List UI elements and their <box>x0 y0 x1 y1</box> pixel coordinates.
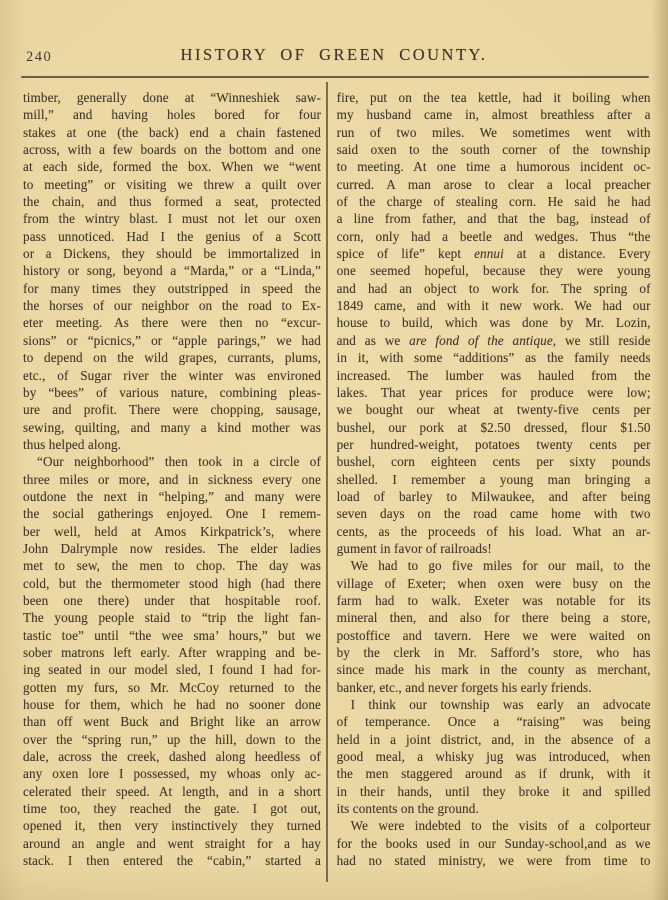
text-line: good meal, a whisky jug was introduced, … <box>337 748 651 765</box>
text-line: and as we are fond of the antique, we st… <box>337 332 651 349</box>
text-line: to meeting. At one time a humorous incid… <box>337 158 651 175</box>
text-line: John Dalrymple now resides. The elder la… <box>23 540 321 557</box>
running-title: HISTORY OF GREEN COUNTY. <box>0 45 668 65</box>
text-columns: timber, generally done at “Winneshiek sa… <box>23 89 651 882</box>
text-line: than off went Buck and Bright like an ar… <box>23 713 321 730</box>
text-line: ing seated in our model sled, I found I … <box>23 661 321 678</box>
text-line: of the charge of stealing corn. He said … <box>337 193 651 210</box>
text-line: corn, only had a beetle and wedges. Thus… <box>337 228 651 245</box>
text-line: timber, generally done at “Winneshiek sa… <box>23 89 321 106</box>
text-line: pass unnoticed. Had I the genius of a Sc… <box>23 228 321 245</box>
text-line: to depend on the wild grapes, currants, … <box>23 349 321 366</box>
right-column: fire, put on the tea kettle, had it boil… <box>337 89 651 869</box>
text-line: house to build, which was done by Mr. Lo… <box>337 314 651 331</box>
text-line: cold, but the thermometer stood high (ha… <box>23 575 321 592</box>
text-line: I think our township was early an advoca… <box>337 696 651 713</box>
text-line: had no stated ministry, we were from tim… <box>337 852 651 869</box>
text-line: We were indebted to the visits of a colp… <box>337 817 651 834</box>
text-line: load of barley to Milwaukee, and after b… <box>337 488 651 505</box>
text-line: by the clerk in Mr. Safford’s store, who… <box>337 644 651 661</box>
text-line: over the “spring run,” up the hill, down… <box>23 731 321 748</box>
text-line: bushel, our pork at $2.50 dressed, flour… <box>337 419 651 436</box>
text-line: my husband came in, almost breathless af… <box>337 106 651 123</box>
text-line: or a Dickens, they should be immortalize… <box>23 245 321 262</box>
text-line: “Our neighborhood” then took in a circle… <box>23 453 321 470</box>
text-line: thus helped along. <box>23 436 321 453</box>
text-line: stakes at one (the back) end a chain fas… <box>23 124 321 141</box>
text-line: gotten my furs, so Mr. McCoy returned to… <box>23 679 321 696</box>
text-line: around an angle and went straight for a … <box>23 835 321 852</box>
text-line: the social gatherings enjoyed. One I rem… <box>23 505 321 522</box>
text-line: 1849 came, and with it new work. We had … <box>337 297 651 314</box>
text-line: spice of life” kept ennui at a distance.… <box>337 245 651 262</box>
left-column: timber, generally done at “Winneshiek sa… <box>23 89 321 869</box>
text-line: to meeting” or visiting we threw a quilt… <box>23 176 321 193</box>
text-line: any oxen lore I possessed, my whoas only… <box>23 765 321 782</box>
text-line: since made his mark in the county as mer… <box>337 661 651 678</box>
text-line: been one there) under that hospitable ro… <box>23 592 321 609</box>
text-line: the horses of our neighbor on the road t… <box>23 297 321 314</box>
text-line: from the wintry blast. I must not let ou… <box>23 210 321 227</box>
text-line: seven days on the road came home with tw… <box>337 505 651 522</box>
text-line: house for them, which he had no sooner d… <box>23 696 321 713</box>
text-line: celerated their speed. At length, and in… <box>23 783 321 800</box>
text-line: We had to go five miles for our mail, to… <box>337 557 651 574</box>
column-divider <box>326 82 328 882</box>
text-line: cents, as the proceeds of his load. What… <box>337 523 651 540</box>
text-line: and had an object to work for. The sprin… <box>337 280 651 297</box>
text-line: outdone the next in “helping,” and many … <box>23 488 321 505</box>
text-line: bushel, corn eighteen cents per sixty po… <box>337 453 651 470</box>
text-line: sewing, quilting, and many a kind mother… <box>23 419 321 436</box>
text-line: fire, put on the tea kettle, had it boil… <box>337 89 651 106</box>
text-line: opened it, then very instinctively they … <box>23 817 321 834</box>
text-line: village of Exeter; when oxen were busy o… <box>337 575 651 592</box>
text-line: gument in favor of railroads! <box>337 540 651 557</box>
text-line: postoffice and tavern. Here we were wait… <box>337 627 651 644</box>
text-line: lakes. That year prices for produce were… <box>337 384 651 401</box>
text-line: met to sew, the men to chop. The day was <box>23 557 321 574</box>
text-line: in it, with some “additions” as the fami… <box>337 349 651 366</box>
text-line: ber well, held at Amos Kirkpatrick’s, wh… <box>23 523 321 540</box>
text-line: across, with a few boards on the bottom … <box>23 141 321 158</box>
text-line: held in a joint district, and, in the ab… <box>337 731 651 748</box>
text-line: banker, etc., and never forgets his earl… <box>337 679 651 696</box>
text-line: a line from father, and that the bag, in… <box>337 210 651 227</box>
text-line: at each side, formed the box. When we “w… <box>23 158 321 175</box>
text-line: we bought our wheat at twenty-five cents… <box>337 401 651 418</box>
text-line: farm had to walk. Exeter was notable for… <box>337 592 651 609</box>
text-line: sober matrons left early. After wrapping… <box>23 644 321 661</box>
text-line: mineral then, and also for there being a… <box>337 609 651 626</box>
text-line: increased. The lumber was hauled from th… <box>337 367 651 384</box>
text-line: eter meeting. As there were then no “exc… <box>23 314 321 331</box>
text-line: for many times they outstripped in speed… <box>23 280 321 297</box>
text-line: three miles or more, and in sickness eve… <box>23 471 321 488</box>
text-line: ure and profit. There were chopping, sau… <box>23 401 321 418</box>
text-line: in their hands, until they broke it and … <box>337 783 651 800</box>
text-line: by “bees” of various nature, combining p… <box>23 384 321 401</box>
text-line: for the books used in our Sunday-school,… <box>337 835 651 852</box>
text-line: the chain, and thus formed a seat, prote… <box>23 193 321 210</box>
text-line: time too, they reached the gate. I got o… <box>23 800 321 817</box>
text-line: stack. I then entered the “cabin,” start… <box>23 852 321 869</box>
text-line: etc., of Sugar river the winter was envi… <box>23 367 321 384</box>
text-line: one seemed hopeful, because they were yo… <box>337 262 651 279</box>
book-page: 240 HISTORY OF GREEN COUNTY. timber, gen… <box>0 0 668 900</box>
text-line: per hundred-weight, potatoes twenty cent… <box>337 436 651 453</box>
text-line: the men staggered around as if drunk, wi… <box>337 765 651 782</box>
text-line: its contents on the ground. <box>337 800 651 817</box>
text-line: sions” or “picnics,” or “apple parings,”… <box>23 332 321 349</box>
text-line: said oxen to the south corner of the tow… <box>337 141 651 158</box>
text-line: dale, across the creek, dashed along hee… <box>23 748 321 765</box>
header-rule <box>21 76 649 78</box>
text-line: The young people staid to “trip the ligh… <box>23 609 321 626</box>
text-line: run of two miles. We sometimes went with <box>337 124 651 141</box>
text-line: mill,” and having holes bored for four <box>23 106 321 123</box>
text-line: shelled. I remember a young man bringing… <box>337 471 651 488</box>
text-line: history or song, beyond a “Marda,” or a … <box>23 262 321 279</box>
text-line: of temperance. Once a “raising” was bein… <box>337 713 651 730</box>
text-line: curred. A man arose to clear a local pre… <box>337 176 651 193</box>
text-line: tastic toe” until “the wee sma’ hours,” … <box>23 627 321 644</box>
